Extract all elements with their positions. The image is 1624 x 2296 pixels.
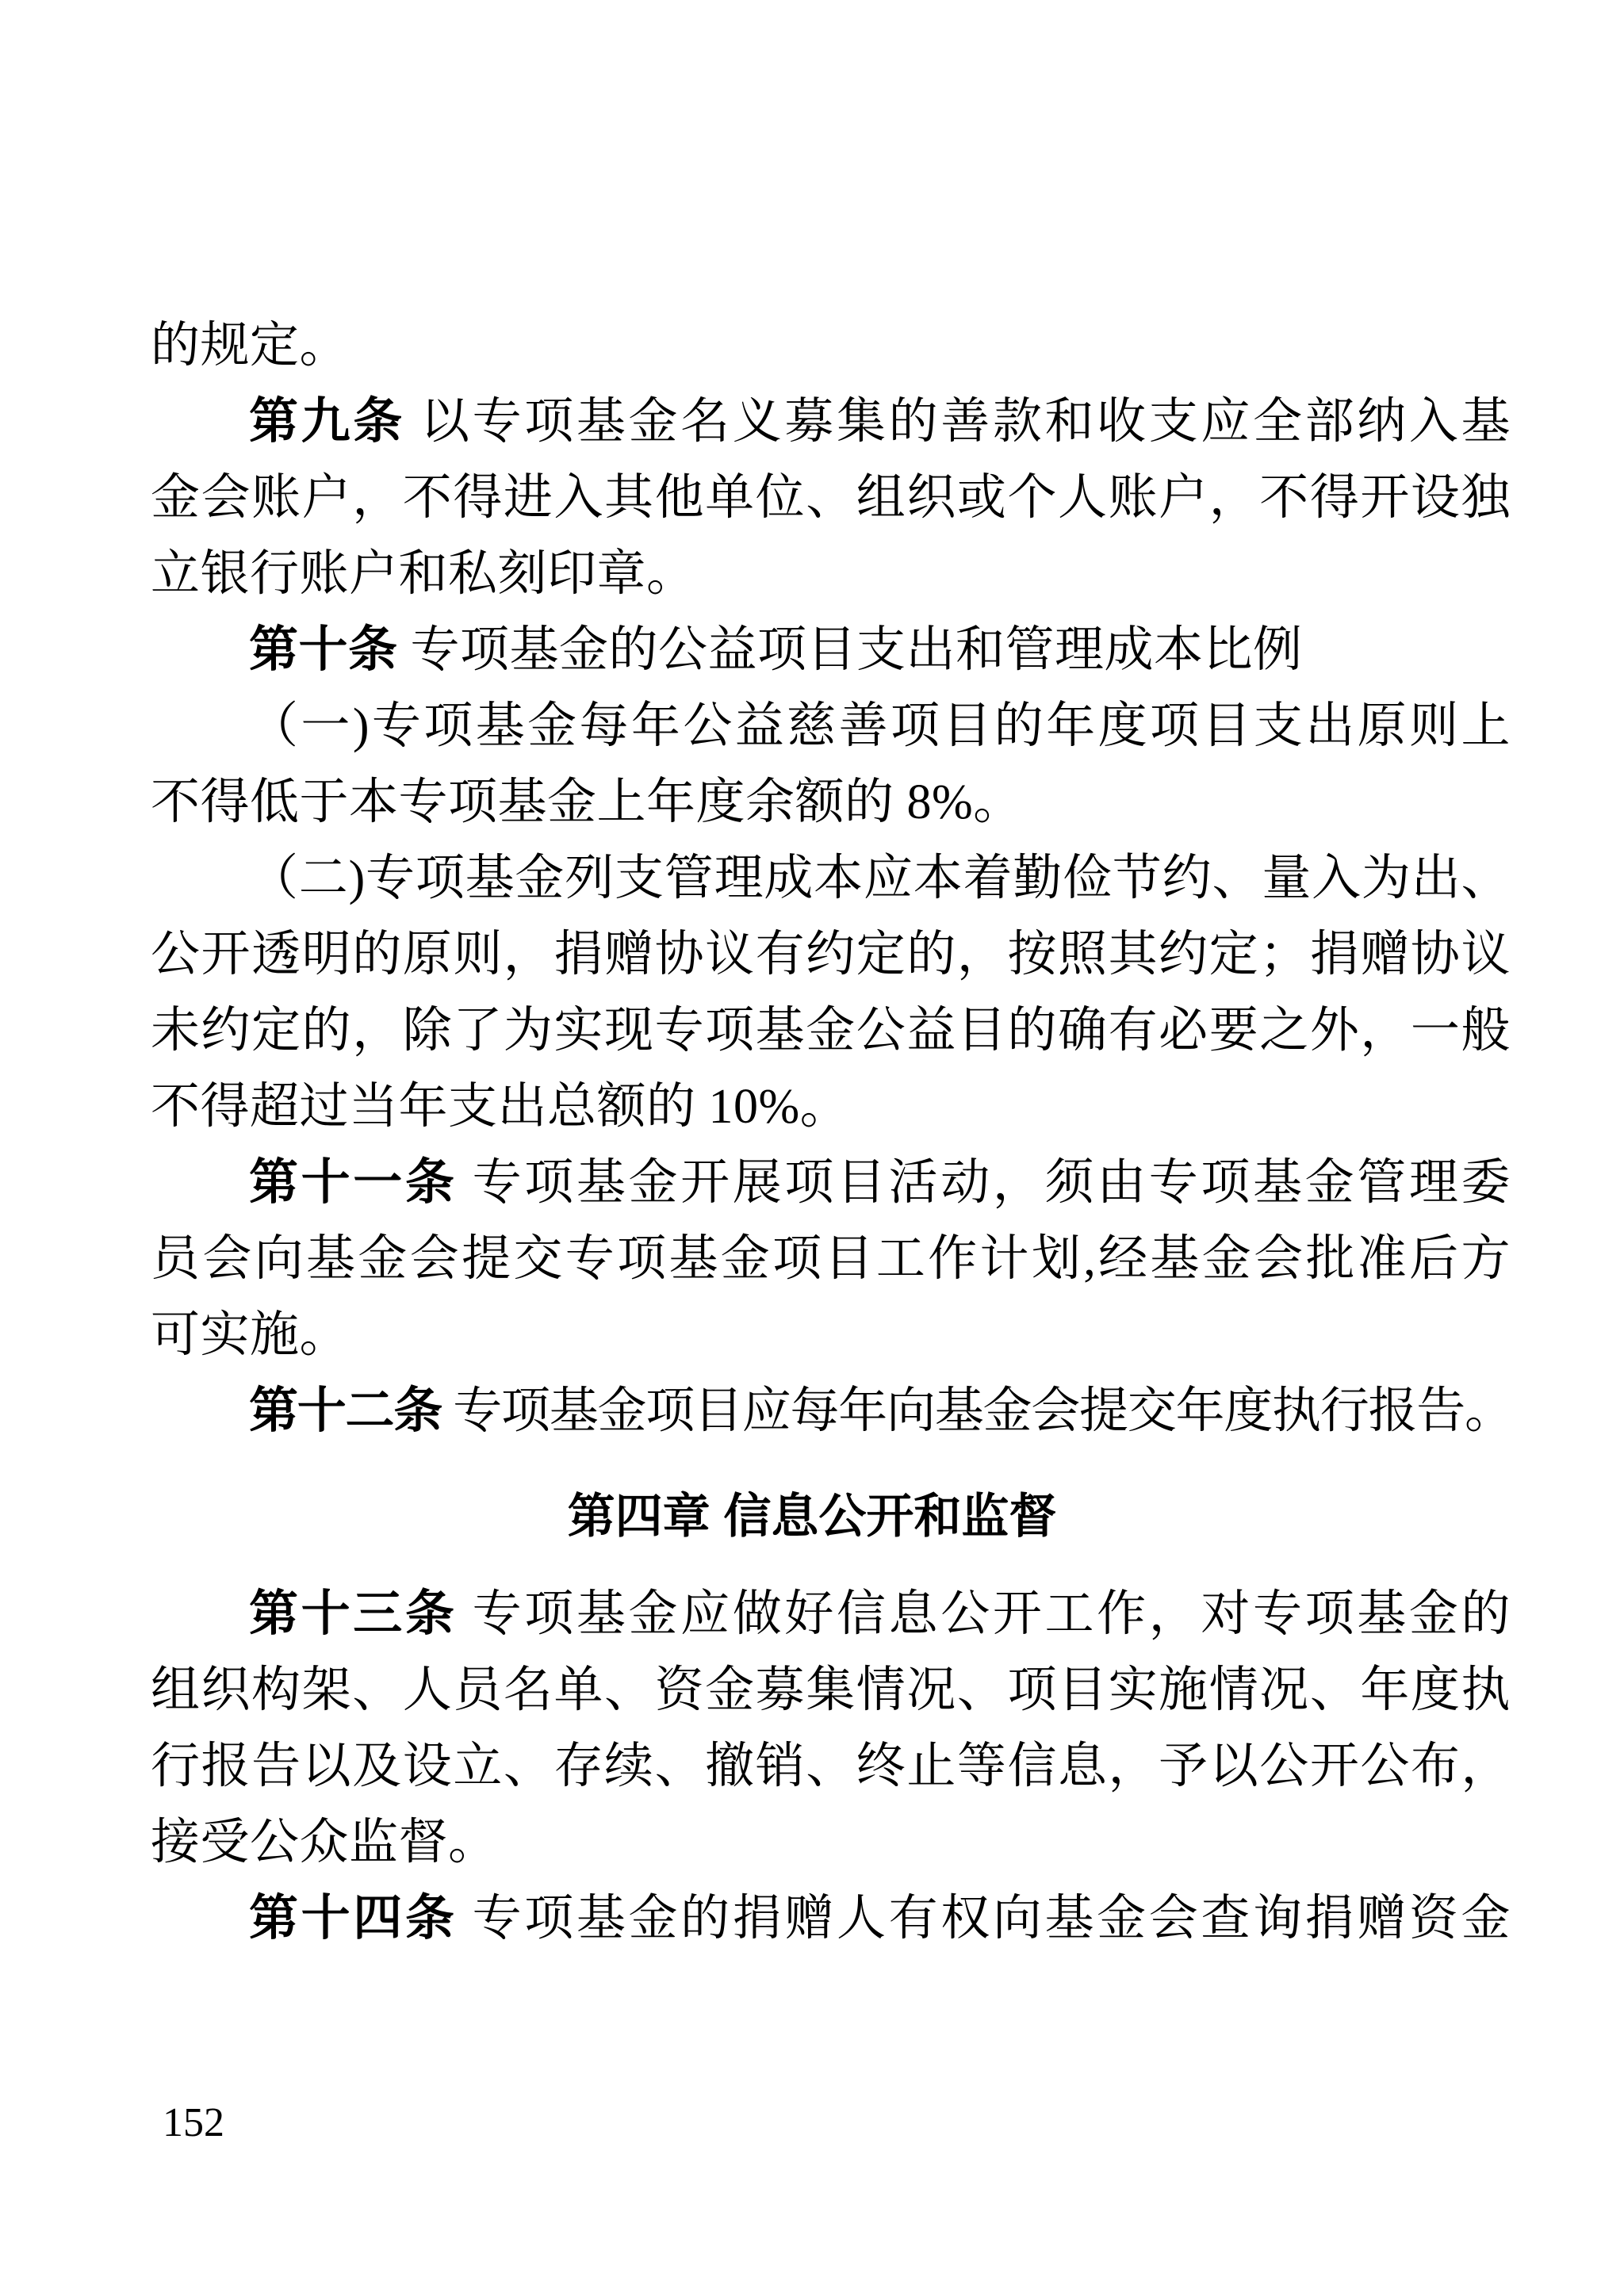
text-line: 可实施。 (151, 1297, 1511, 1373)
text-run: 金会账户，不得进入其他单位、组织或个人账户，不得开设独 (151, 471, 1511, 525)
text-line: 不得低于本专项基金上年度余额的 8%。 (151, 764, 1511, 840)
text-run: 公开透明的原则，捐赠协议有约定的，按照其约定；捐赠协议 (151, 928, 1511, 982)
text-run: 专项基金的公益项目支出和管理成本比例 (398, 623, 1303, 677)
text-line: 立银行账户和私刻印章。 (151, 536, 1511, 612)
text-run: 立银行账户和私刻印章。 (151, 547, 696, 601)
text-run: 专项基金项目应每年向基金会提交年度执行报告。 (442, 1384, 1511, 1438)
text-line: 未约定的，除了为实现专项基金公益目的确有必要之外，一般 (151, 993, 1511, 1069)
text-run: 组织构架、人员名单、资金募集情况、项目实施情况、年度执 (151, 1663, 1511, 1717)
text-run: 不得低于本专项基金上年度余额的 8%。 (151, 775, 1023, 829)
article-number: 第十条 (249, 623, 398, 677)
text-line: 不得超过当年支出总额的 10%。 (151, 1069, 1511, 1145)
article-number: 第十二条 (249, 1384, 442, 1438)
body-text-upper: 的规定。第九条 以专项基金名义募集的善款和收支应全部纳入基金会账户，不得进入其他… (151, 308, 1511, 1449)
text-line: 员会向基金会提交专项基金项目工作计划,经基金会批准后方 (151, 1221, 1511, 1297)
text-run: 可实施。 (151, 1308, 349, 1362)
text-run: （二)专项基金列支管理成本应本着勤俭节约、量入为出、 (249, 851, 1511, 905)
text-run: 未约定的，除了为实现专项基金公益目的确有必要之外，一般 (151, 1004, 1511, 1058)
text-run: 员会向基金会提交专项基金项目工作计划,经基金会批准后方 (151, 1232, 1511, 1286)
page-number: 152 (163, 2099, 224, 2147)
text-run: 不得超过当年支出总额的 10%。 (151, 1080, 849, 1134)
text-line: 第十条 专项基金的公益项目支出和管理成本比例 (151, 612, 1511, 688)
text-line: 公开透明的原则，捐赠协议有约定的，按照其约定；捐赠协议 (151, 916, 1511, 993)
text-line: 第九条 以专项基金名义募集的善款和收支应全部纳入基 (151, 384, 1511, 460)
text-run: 行报告以及设立、存续、撤销、终止等信息，予以公开公布， (151, 1739, 1511, 1793)
text-run: 接受公众监督。 (151, 1816, 498, 1869)
article-number: 第九条 (249, 395, 405, 449)
text-line: （一)专项基金每年公益慈善项目的年度项目支出原则上 (151, 688, 1511, 764)
text-run: 的规定。 (151, 319, 349, 373)
article-number: 第十四条 (249, 1892, 458, 1946)
text-run: 以专项基金名义募集的善款和收支应全部纳入基 (405, 395, 1511, 449)
text-run: （一)专项基金每年公益慈善项目的年度项目支出原则上 (249, 699, 1511, 753)
text-run: 专项基金的捐赠人有权向基金会查询捐赠资金 (458, 1892, 1511, 1946)
text-line: 行报告以及设立、存续、撤销、终止等信息，予以公开公布， (151, 1728, 1511, 1804)
text-line: 组织构架、人员名单、资金募集情况、项目实施情况、年度执 (151, 1652, 1511, 1728)
text-line: 第十三条 专项基金应做好信息公开工作，对专项基金的 (151, 1576, 1511, 1652)
document-page: 的规定。第九条 以专项基金名义募集的善款和收支应全部纳入基金会账户，不得进入其他… (0, 0, 1624, 2296)
text-line: 第十二条 专项基金项目应每年向基金会提交年度执行报告。 (151, 1373, 1511, 1449)
body-text-lower: 第十三条 专项基金应做好信息公开工作，对专项基金的组织构架、人员名单、资金募集情… (151, 1576, 1511, 1957)
article-number: 第十三条 (249, 1587, 458, 1641)
chapter-heading: 第四章 信息公开和监督 (0, 1449, 1624, 1576)
text-run: 专项基金应做好信息公开工作，对专项基金的 (458, 1587, 1511, 1641)
text-line: 的规定。 (151, 308, 1511, 384)
text-line: 接受公众监督。 (151, 1804, 1511, 1881)
text-run: 专项基金开展项目活动，须由专项基金管理委 (458, 1156, 1511, 1210)
text-line: 第十四条 专项基金的捐赠人有权向基金会查询捐赠资金 (151, 1881, 1511, 1957)
article-number: 第十一条 (249, 1156, 458, 1210)
text-line: （二)专项基金列支管理成本应本着勤俭节约、量入为出、 (151, 840, 1511, 916)
text-line: 第十一条 专项基金开展项目活动，须由专项基金管理委 (151, 1145, 1511, 1221)
text-line: 金会账户，不得进入其他单位、组织或个人账户，不得开设独 (151, 460, 1511, 536)
